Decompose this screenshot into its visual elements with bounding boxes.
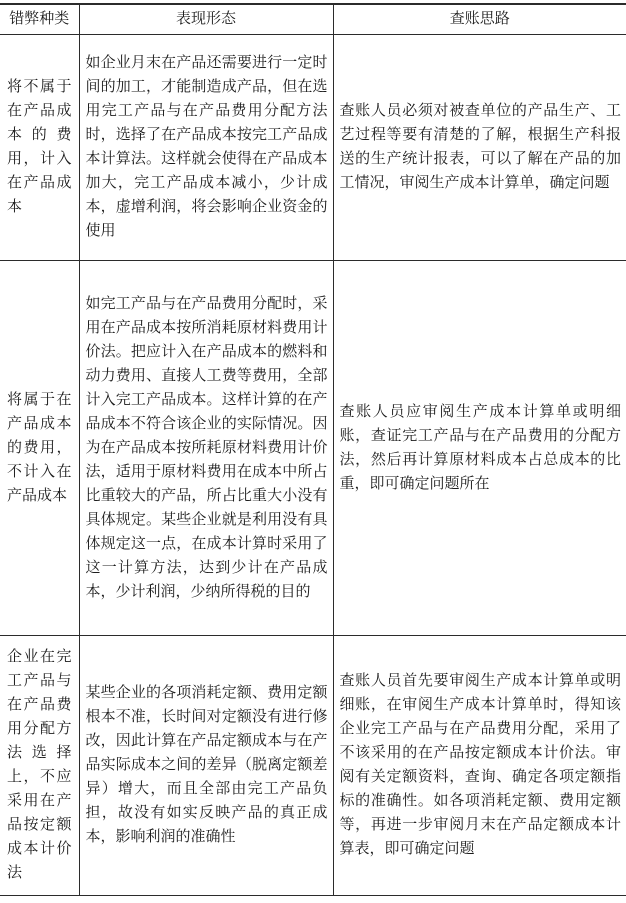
header-manifestation: 表现形态 — [79, 4, 333, 34]
table-row: 将不属于在产品成本的费用，计入在产品成本 如企业月末在产品还需要进行一定时间的加… — [0, 34, 626, 260]
cell-manifestation-3: 某些企业的各项消耗定额、费用定额根本不准，长时间对定额没有进行修改，因此计算在产… — [79, 635, 333, 895]
cell-error-type-3: 企业在完工产品与在产品费用分配方法选择上，不应采用在产品按定额成本计价法 — [0, 635, 79, 895]
cell-error-type-2: 将属于在产品成本的费用，不计入在产品成本 — [0, 260, 79, 635]
table-row: 将属于在产品成本的费用，不计入在产品成本 如完工产品与在产品费用分配时，采用在产… — [0, 260, 626, 635]
header-row: 错弊种类 表现形态 查账思路 — [0, 4, 626, 34]
cell-manifestation-1: 如企业月末在产品还需要进行一定时间的加工，才能制造成产品，但在选用完工产品与在产… — [79, 34, 333, 260]
cell-audit-approach-1: 查账人员必须对被查单位的产品生产、工艺过程等要有清楚的了解，根据生产科报送的生产… — [333, 34, 626, 260]
cell-error-type-1: 将不属于在产品成本的费用，计入在产品成本 — [0, 34, 79, 260]
cost-error-audit-table: 错弊种类 表现形态 查账思路 将不属于在产品成本的费用，计入在产品成本 如企业月… — [0, 3, 626, 896]
header-audit-approach: 查账思路 — [333, 4, 626, 34]
cell-manifestation-2: 如完工产品与在产品费用分配时，采用在产品成本按所消耗原材料费用计价法。把应计入在… — [79, 260, 333, 635]
header-error-type: 错弊种类 — [0, 4, 79, 34]
table-row: 企业在完工产品与在产品费用分配方法选择上，不应采用在产品按定额成本计价法 某些企… — [0, 635, 626, 895]
cell-audit-approach-2: 查账人员应审阅生产成本计算单或明细账，查证完工产品与在产品费用的分配方法，然后再… — [333, 260, 626, 635]
cell-audit-approach-3: 查账人员首先要审阅生产成本计算单或明细账，在审阅生产成本计算单时，得知该企业完工… — [333, 635, 626, 895]
